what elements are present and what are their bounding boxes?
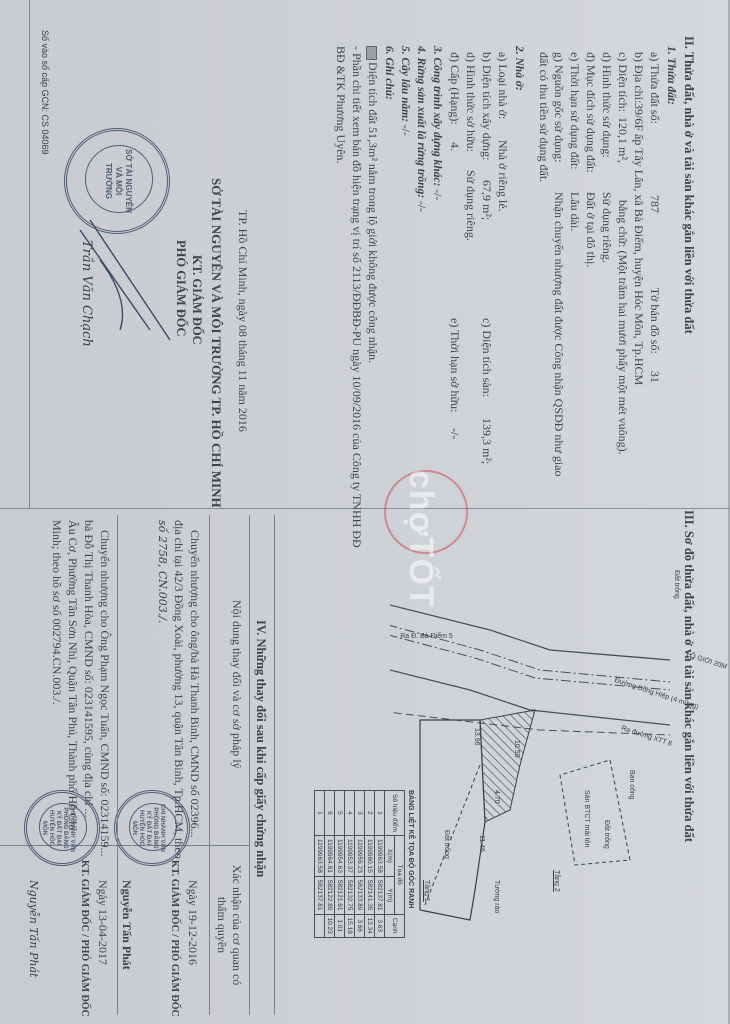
col-header: X(m) <box>385 835 395 876</box>
balcony-label: Ban công <box>628 770 635 800</box>
dimension-label: 4.70 <box>493 790 500 804</box>
change2-line3: Âu Cơ, Phường Tân Sơn Nhì, Quận Tân Phú,… <box>65 520 80 831</box>
section-divider <box>274 515 275 1015</box>
neighbor-label-3: Đất trống <box>443 830 450 859</box>
term-row: e) Thời hạn sử dụng đất:Lâu dài. <box>567 52 582 231</box>
change1-line3: số 2758, CN.003./. <box>155 520 170 623</box>
change2-line2: bà Đỗ Thị Thanh Hòa, CMND số: 023141595,… <box>81 520 96 818</box>
authority-name: SỞ TÀI NGUYÊN VÀ MÔI TRƯỜNG TP. HỒ CHÍ M… <box>209 178 224 508</box>
table-rule <box>249 515 250 1015</box>
place-date: TP. Hồ Chí Minh, ngày 08 tháng 11 năm 20… <box>235 210 250 432</box>
built-area-row: b) Diện tích xây dựng:67,9 m²; <box>479 52 494 220</box>
area-row: c) Diện tích: 120,1 m², bằng chữ: (Một t… <box>615 52 630 455</box>
table-cell: 582137.81 <box>375 876 385 914</box>
land-heading: 1. Thửa đất: <box>663 46 678 105</box>
notes-heading: 6. Ghi chú: <box>381 46 396 100</box>
dimension-label: 10.59 <box>513 740 520 758</box>
notes-line1: Diện tích đất 51,3m² nằm trong lộ giới k… <box>365 46 380 363</box>
house-heading: 2. Nhà ở: <box>511 46 526 91</box>
parcel-row: a) Thửa đất số: 787 Tờ bản đồ số: 31 <box>647 52 662 383</box>
table-row: 21199960.15582141.3513.34 <box>365 791 375 938</box>
floor1-label: Tầng 1 <box>423 880 430 902</box>
section4-col2: Xác nhận của cơ quan có thẩm quyền <box>213 855 244 995</box>
table-cell: 3 <box>355 791 365 836</box>
change1-date: Ngày 19-12-2016 <box>185 880 200 965</box>
table-cell: 1199956.23 <box>355 835 365 876</box>
table-cell: 15.18 <box>345 914 355 937</box>
origin-row: g) Nguồn gốc sử dụng:Nhận chuyển nhượng … <box>535 52 566 492</box>
chotot-watermark: chợTỐT <box>401 470 440 608</box>
table-cell: 1 <box>375 791 385 836</box>
signer-name: Trần Văn Chạch <box>79 240 94 347</box>
grade-row: đ) Cấp (Hạng):4. <box>447 52 462 151</box>
neighbor-label-1: Đất trống <box>673 570 680 599</box>
table-rule <box>117 515 118 1015</box>
ownership-row: d) Hình thức sở hữu:Sử dụng riêng. <box>463 52 478 241</box>
branch-stamp: CHI NHÁNH VĂN PHÒNG ĐĂNG KÝ ĐẤT ĐAI HUYỆ… <box>114 790 190 866</box>
table-cell: 582121.61 <box>335 876 345 914</box>
other-works-row: 3. Công trình xây dựng khác: -/- <box>429 46 444 200</box>
table-cell: 4 <box>345 791 355 836</box>
wall-label: Tường rào <box>493 880 500 913</box>
table-cell: 582133.89 <box>355 876 365 914</box>
table-cell: 10.23 <box>325 914 335 937</box>
certificate-page: II. Thửa đất, nhà ở và tài sản khác gắn … <box>0 0 730 1024</box>
perennial-row: 5. Cây lâu năm: -/- <box>397 46 412 136</box>
floor2-label: Tầng 2 <box>553 870 560 892</box>
hatched-legend-box <box>366 46 377 60</box>
table-row: 51199954.63582121.611.01 <box>335 791 345 938</box>
road-alt-label: Ra Đ. Bà Điểm 5 <box>400 633 453 640</box>
change2-role: KT. GIÁM ĐỐC / PHÓ GIÁM ĐỐC <box>77 860 92 1017</box>
table-cell: 582137.81 <box>315 876 325 914</box>
table-cell: 6 <box>325 791 335 836</box>
change1-signer: Nguyễn Tấn Phát <box>119 880 134 970</box>
table-cell: 1199963.58 <box>375 835 385 876</box>
change2-signer: Nguyễn Tấn Phát <box>27 880 40 977</box>
change2-date: Ngày 13-04-2017 <box>95 880 110 965</box>
table-cell: 5 <box>335 791 345 836</box>
neighbor-label-2: Đất trống <box>603 820 610 849</box>
registry-number-note: Số vào sổ cấp GCN: CS 04069 <box>40 30 50 155</box>
purpose-row: đ) Mục đích sử dụng đất:Đất ở tại đô thị… <box>583 52 598 267</box>
col-header: Cạnh <box>385 914 405 937</box>
table-cell: 1199960.15 <box>365 835 375 876</box>
section2-title: II. Thửa đất, nhà ở và tài sản khác gắn … <box>680 36 696 334</box>
table-cell <box>315 914 325 937</box>
dimension-label: 11.46 <box>478 835 485 852</box>
change2-line4: Minh; theo hồ sơ số 002794.CN.003./. <box>49 520 64 705</box>
table-row: 61199964.61582122.8910.23 <box>325 791 335 938</box>
table-row: 11199963.58582137.81 <box>315 791 325 938</box>
table-rule <box>209 515 210 1015</box>
section3-title: III. Sơ đồ thửa đất, nhà ở và tài sản kh… <box>681 510 696 842</box>
table-cell: 1199954.63 <box>335 835 345 876</box>
section4-title: IV. Những thay đổi sau khi cấp giấy chứn… <box>253 620 268 877</box>
table-cell: 582141.35 <box>365 876 375 914</box>
notes-line2: - Phần chi tiết xem bản đồ hiện trạng vị… <box>349 46 364 548</box>
coordinate-table-block: BẢNG LIỆT KÊ TỌA ĐỘ GÓC RANH Số hiệu điể… <box>314 790 414 938</box>
dimension-label: 13.96 <box>473 728 480 746</box>
margin-line <box>29 0 30 508</box>
table-cell: 582132.75 <box>345 876 355 914</box>
use-form-row: d) Hình thức sử dụng:Sử dụng riêng. <box>599 52 614 263</box>
table-cell: 1 <box>315 791 325 836</box>
table-cell: 3.66 <box>355 914 365 937</box>
floor-plan-label: Sàn BTCT mái tôn <box>583 790 590 847</box>
branch-stamp-2: CHI NHÁNH VĂN PHÒNG ĐĂNG KÝ ĐẤT ĐAI HUYỆ… <box>24 790 100 866</box>
table-cell: 1199964.61 <box>325 835 335 876</box>
change2-line1: Chuyển nhượng cho Ông Phạm Ngọc Tuấn, CM… <box>97 530 112 857</box>
table-cell: 582122.89 <box>325 876 335 914</box>
change1-line1: Chuyển nhượng cho ông/bà Hà Thanh Bình, … <box>187 530 202 838</box>
section4-col1: Nội dung thay đổi và cơ sở pháp lý <box>229 600 244 769</box>
table-cell: 13.34 <box>365 914 375 937</box>
col-header: Số hiệu điểm <box>385 791 405 836</box>
col-header: Tọa độ <box>395 835 405 914</box>
table-row: 31199956.23582133.893.66 <box>355 791 365 938</box>
coordinate-table: Số hiệu điểm Tọa độ Cạnh X(m) Y(m) 11199… <box>314 790 405 938</box>
floor-area-row: c) Diện tích sàn:139,3 m²; <box>479 318 494 464</box>
col-header: Y(m) <box>385 876 395 914</box>
house-type-row: a) Loại nhà ở:Nhà ở riêng lẻ. <box>495 52 510 212</box>
table-cell: 1.01 <box>335 914 345 937</box>
table-cell: 3.63 <box>375 914 385 937</box>
forest-row: 4. Rừng sản xuất là rừng trồng: -/- <box>413 46 428 212</box>
notes-line3: BĐ &TK Phương Uyên. <box>333 46 348 164</box>
table-row: 11199963.58582137.813.63 <box>375 791 385 938</box>
table-cell: 1199963.58 <box>315 835 325 876</box>
table-row: 41199953.37582132.7515.18 <box>345 791 355 938</box>
table-cell: 2 <box>365 791 375 836</box>
coordinate-table-title: BẢNG LIỆT KÊ TỌA ĐỘ GÓC RANH <box>407 790 414 938</box>
signer-role-1: KT. GIÁM ĐỐC <box>189 255 204 345</box>
address-row: b) Địa chỉ: 39/6F ấp Tây Lân, xã Bà Điểm… <box>631 52 646 385</box>
change1-role: KT. GIÁM ĐỐC / PHÓ GIÁM ĐỐC <box>167 860 182 1017</box>
center-fold <box>0 508 730 509</box>
own-term-row: e) Thời hạn sở hữu:-/- <box>447 318 462 439</box>
table-cell: 1199953.37 <box>345 835 355 876</box>
